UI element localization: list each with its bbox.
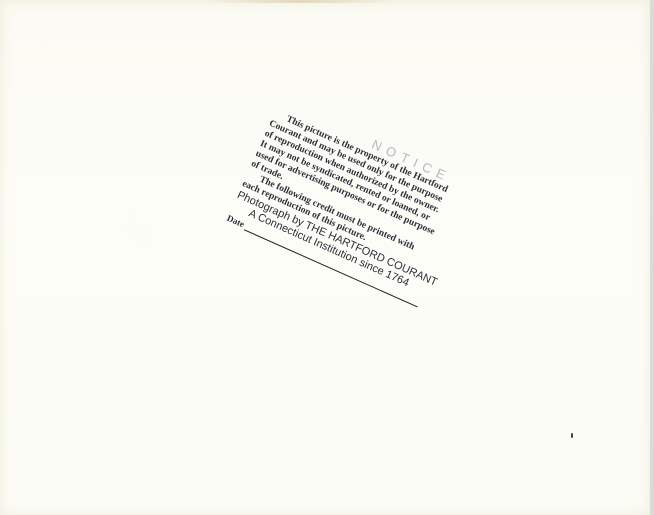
scan-edge bbox=[650, 0, 654, 515]
photo-back-paper: · · · · · · · · · · · · · · · · · · · · … bbox=[0, 0, 652, 515]
paper-watermark: · · · · · · · · · · · · · · · bbox=[36, 372, 75, 411]
notice-stamp: NOTICE This picture is the property of t… bbox=[225, 95, 510, 324]
paper-watermark: · · · · · · · · · · · · · · · bbox=[26, 32, 65, 71]
paper-watermark: · · · · · · · · · · · · · · · bbox=[296, 332, 335, 371]
paper-watermark: · · · · · · · · · · · · · · · bbox=[116, 212, 155, 251]
paper-watermark: · · · · · · · · · · · · · · · bbox=[556, 52, 595, 91]
paper-speck bbox=[571, 433, 573, 438]
paper-stain bbox=[200, 0, 400, 3]
